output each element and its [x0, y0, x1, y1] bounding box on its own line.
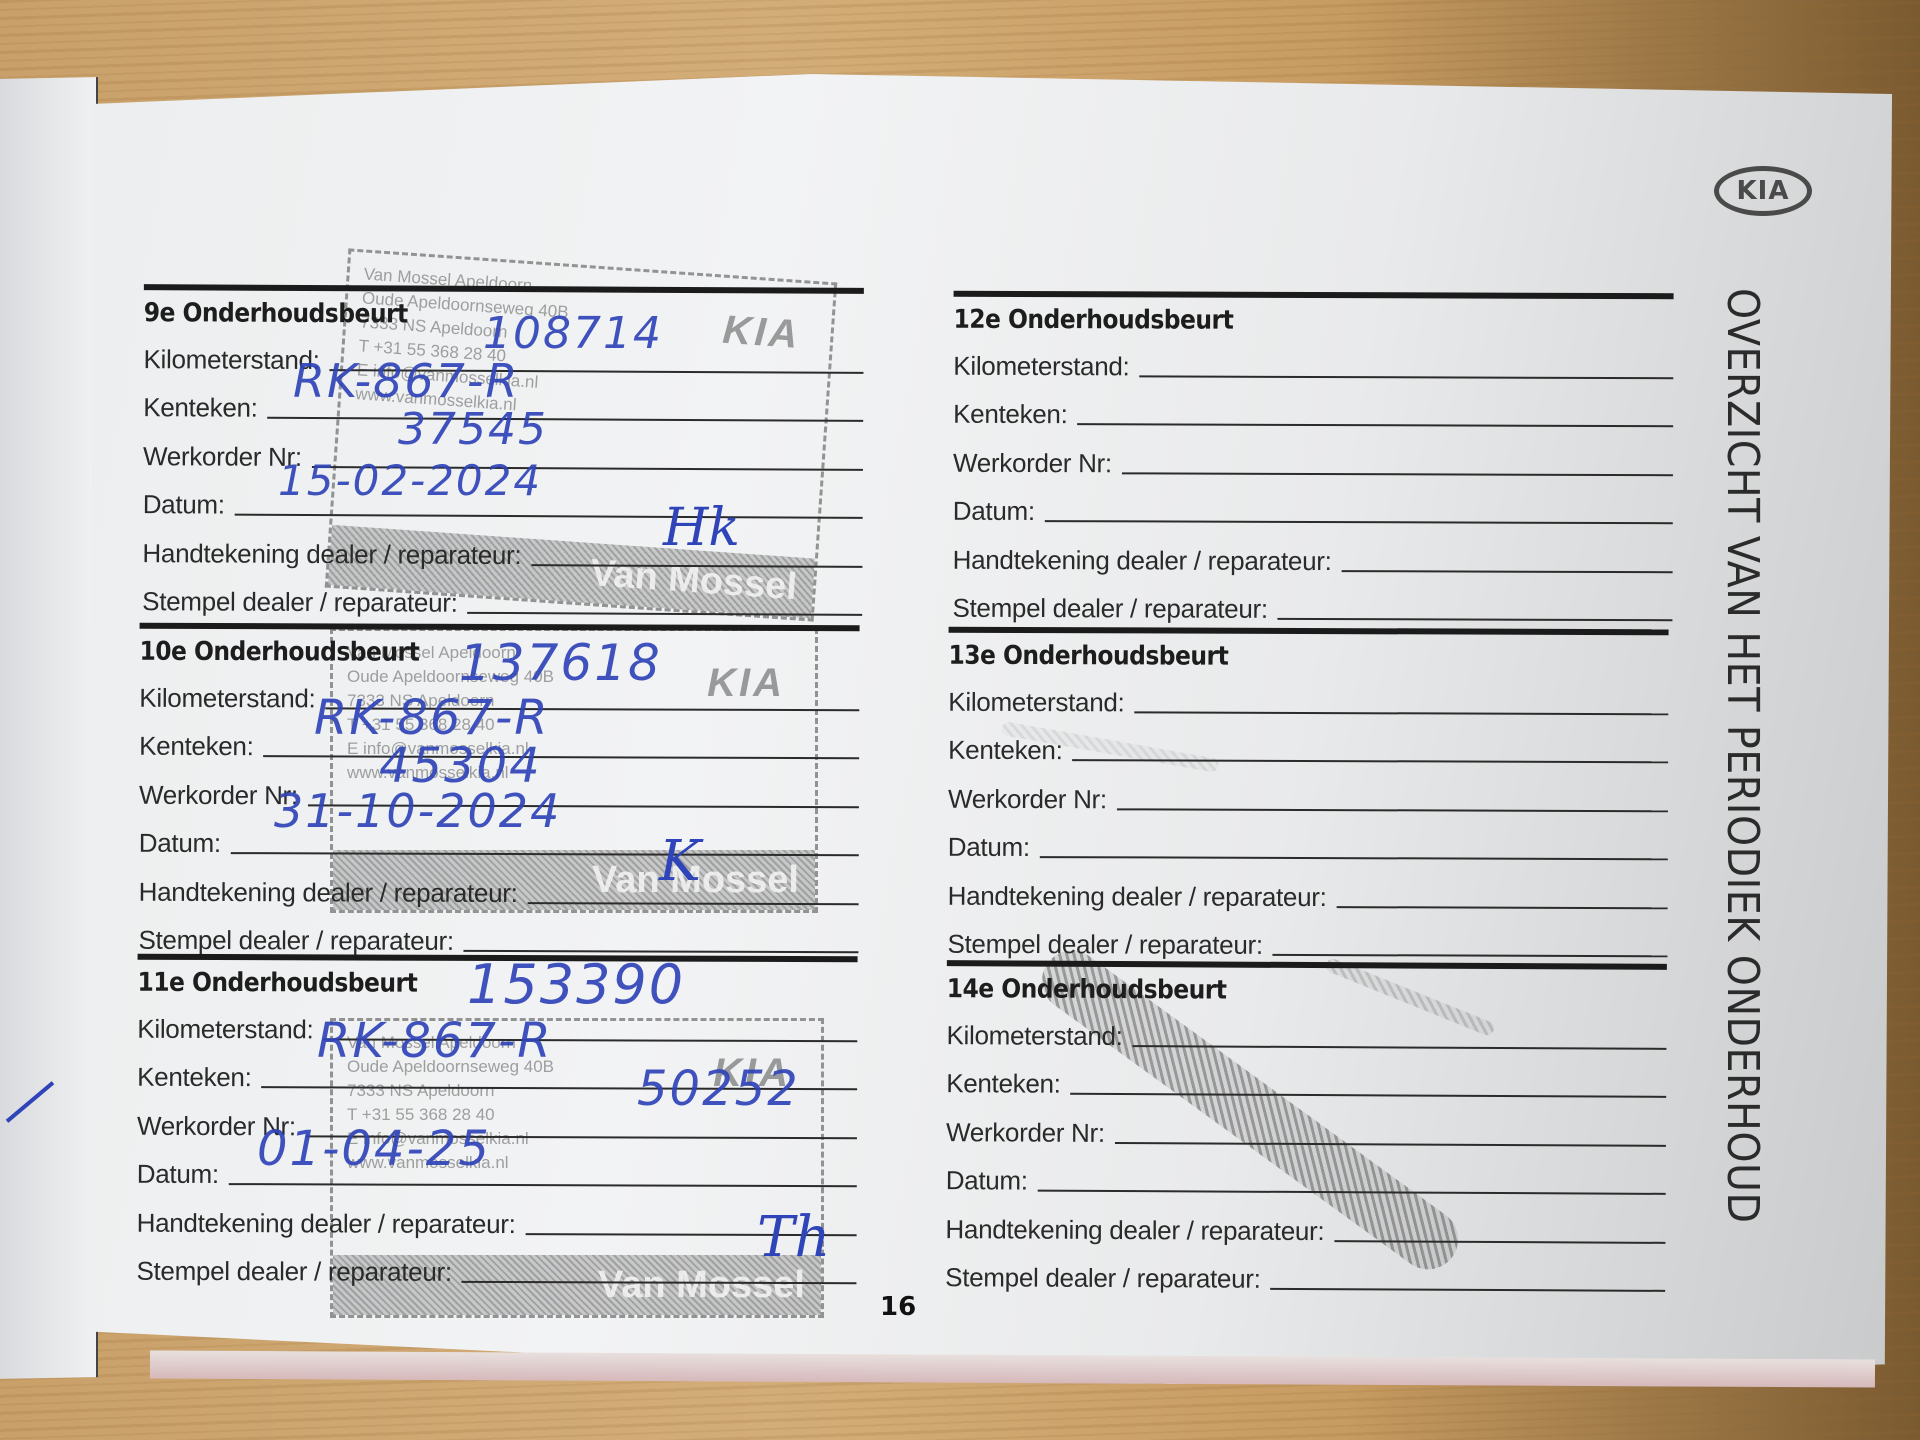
label-datum: Datum: — [948, 832, 1030, 867]
label-datum: Datum: — [143, 489, 225, 524]
label-handtekening: Handtekening dealer / reparateur: — [142, 538, 521, 575]
maintenance-entry-12: 12e Onderhoudsbeurt Kilometerstand: Kent… — [952, 291, 1673, 631]
label-kenteken: Kenteken: — [948, 735, 1063, 770]
label-kilometerstand: Kilometerstand: — [139, 682, 315, 718]
section-rule — [954, 291, 1674, 300]
page-number: 16 — [880, 1292, 916, 1322]
field-handtekening[interactable]: Handtekening dealer / reparateur: — [142, 524, 862, 576]
label-handtekening: Handtekening dealer / reparateur: — [139, 876, 518, 912]
label-datum: Datum: — [946, 1165, 1028, 1200]
handwritten-signature: K — [659, 829, 701, 894]
field-kilometerstand[interactable]: Kilometerstand: — [953, 337, 1673, 388]
label-kenteken: Kenteken: — [139, 731, 254, 766]
entry-title: 14e Onderhoudsbeurt — [947, 972, 1667, 1010]
label-werkorder: Werkorder Nr: — [948, 783, 1107, 819]
field-kenteken[interactable]: Kenteken: — [948, 721, 1668, 772]
field-kenteken[interactable]: Kenteken: — [946, 1055, 1666, 1107]
handwritten-kilometerstand: 137618 — [459, 634, 662, 692]
label-stempel: Stempel dealer / reparateur: — [945, 1262, 1261, 1299]
label-datum: Datum: — [139, 828, 221, 863]
label-handtekening: Handtekening dealer / reparateur: — [953, 544, 1332, 580]
handwritten-werkorder: 37545 — [398, 404, 548, 455]
field-stempel[interactable]: Stempel dealer / reparateur: — [947, 915, 1667, 966]
label-handtekening: Handtekening dealer / reparateur: — [137, 1207, 516, 1243]
label-stempel: Stempel dealer / reparateur: — [136, 1256, 451, 1292]
maintenance-entry-14: 14e Onderhoudsbeurt Kilometerstand: Kent… — [945, 960, 1667, 1301]
vertical-section-title: OVERZICHT VAN HET PERIODIEK ONDERHOUD — [1717, 288, 1768, 1223]
label-datum: Datum: — [953, 496, 1035, 531]
field-handtekening[interactable]: Handtekening dealer / reparateur: — [948, 867, 1668, 918]
field-werkorder[interactable]: Werkorder Nr: — [946, 1103, 1666, 1155]
field-werkorder[interactable]: Werkorder Nr: — [953, 434, 1673, 485]
label-kilometerstand: Kilometerstand: — [953, 350, 1129, 386]
label-kilometerstand: Kilometerstand: — [948, 686, 1124, 722]
maintenance-entry-13: 13e Onderhoudsbeurt Kilometerstand: Kent… — [947, 627, 1668, 967]
handwritten-kenteken: RK-867-R — [293, 354, 519, 408]
label-stempel: Stempel dealer / reparateur: — [952, 593, 1267, 629]
field-handtekening[interactable]: Handtekening dealer / reparateur: — [137, 1194, 857, 1245]
field-stempel[interactable]: Stempel dealer / reparateur: — [142, 573, 862, 625]
field-datum[interactable]: Datum: — [137, 1145, 857, 1196]
entry-title: 12e Onderhoudsbeurt — [953, 303, 1673, 340]
handwritten-werkorder: 50252 — [637, 1061, 800, 1117]
handwritten-datum: 01-04-25 — [257, 1121, 491, 1177]
handwritten-signature: Th — [757, 1205, 830, 1270]
field-werkorder[interactable]: Werkorder Nr: — [948, 770, 1668, 821]
field-handtekening[interactable]: Handtekening dealer / reparateur: — [953, 531, 1673, 582]
label-werkorder: Werkorder Nr: — [946, 1117, 1105, 1153]
left-page-edge — [0, 77, 98, 1379]
handwritten-datum: 15-02-2024 — [278, 456, 542, 505]
label-kenteken: Kenteken: — [137, 1062, 252, 1097]
field-handtekening[interactable]: Handtekening dealer / reparateur: — [945, 1200, 1665, 1252]
label-datum: Datum: — [137, 1159, 219, 1194]
label-kenteken: Kenteken: — [143, 392, 258, 428]
field-handtekening[interactable]: Handtekening dealer / reparateur: — [139, 863, 859, 914]
field-stempel[interactable]: Stempel dealer / reparateur: — [945, 1249, 1665, 1301]
label-kenteken: Kenteken: — [953, 399, 1068, 434]
field-datum[interactable]: Datum: — [948, 818, 1668, 869]
handwritten-kilometerstand: 153390 — [467, 953, 685, 1016]
field-kilometerstand[interactable]: Kilometerstand: — [946, 1006, 1666, 1058]
label-handtekening: Handtekening dealer / reparateur: — [948, 880, 1327, 916]
section-rule — [949, 627, 1669, 636]
field-datum[interactable]: Datum: — [946, 1152, 1666, 1204]
label-handtekening: Handtekening dealer / reparateur: — [945, 1214, 1324, 1251]
handwritten-kilometerstand: 108714 — [483, 308, 663, 359]
kia-logo: KIA — [1714, 166, 1812, 216]
handwritten-kenteken: RK-867-R — [317, 1013, 553, 1069]
field-datum[interactable]: Datum: — [953, 482, 1673, 533]
label-stempel: Stempel dealer / reparateur: — [142, 586, 458, 623]
label-werkorder: Werkorder Nr: — [953, 447, 1112, 483]
label-kilometerstand: Kilometerstand: — [137, 1013, 313, 1049]
label-kenteken: Kenteken: — [946, 1068, 1061, 1104]
entry-title: 13e Onderhoudsbeurt — [948, 639, 1668, 676]
label-kilometerstand: Kilometerstand: — [946, 1020, 1122, 1056]
field-kilometerstand[interactable]: Kilometerstand: — [948, 673, 1668, 724]
field-stempel[interactable]: Stempel dealer / reparateur: — [136, 1242, 856, 1293]
field-kenteken[interactable]: Kenteken: — [953, 385, 1673, 436]
field-stempel[interactable]: Stempel dealer / reparateur: — [952, 579, 1672, 630]
handwritten-datum: 31-10-2024 — [274, 784, 561, 838]
section-rule — [140, 623, 860, 632]
handwritten-signature: Hk — [663, 498, 740, 558]
